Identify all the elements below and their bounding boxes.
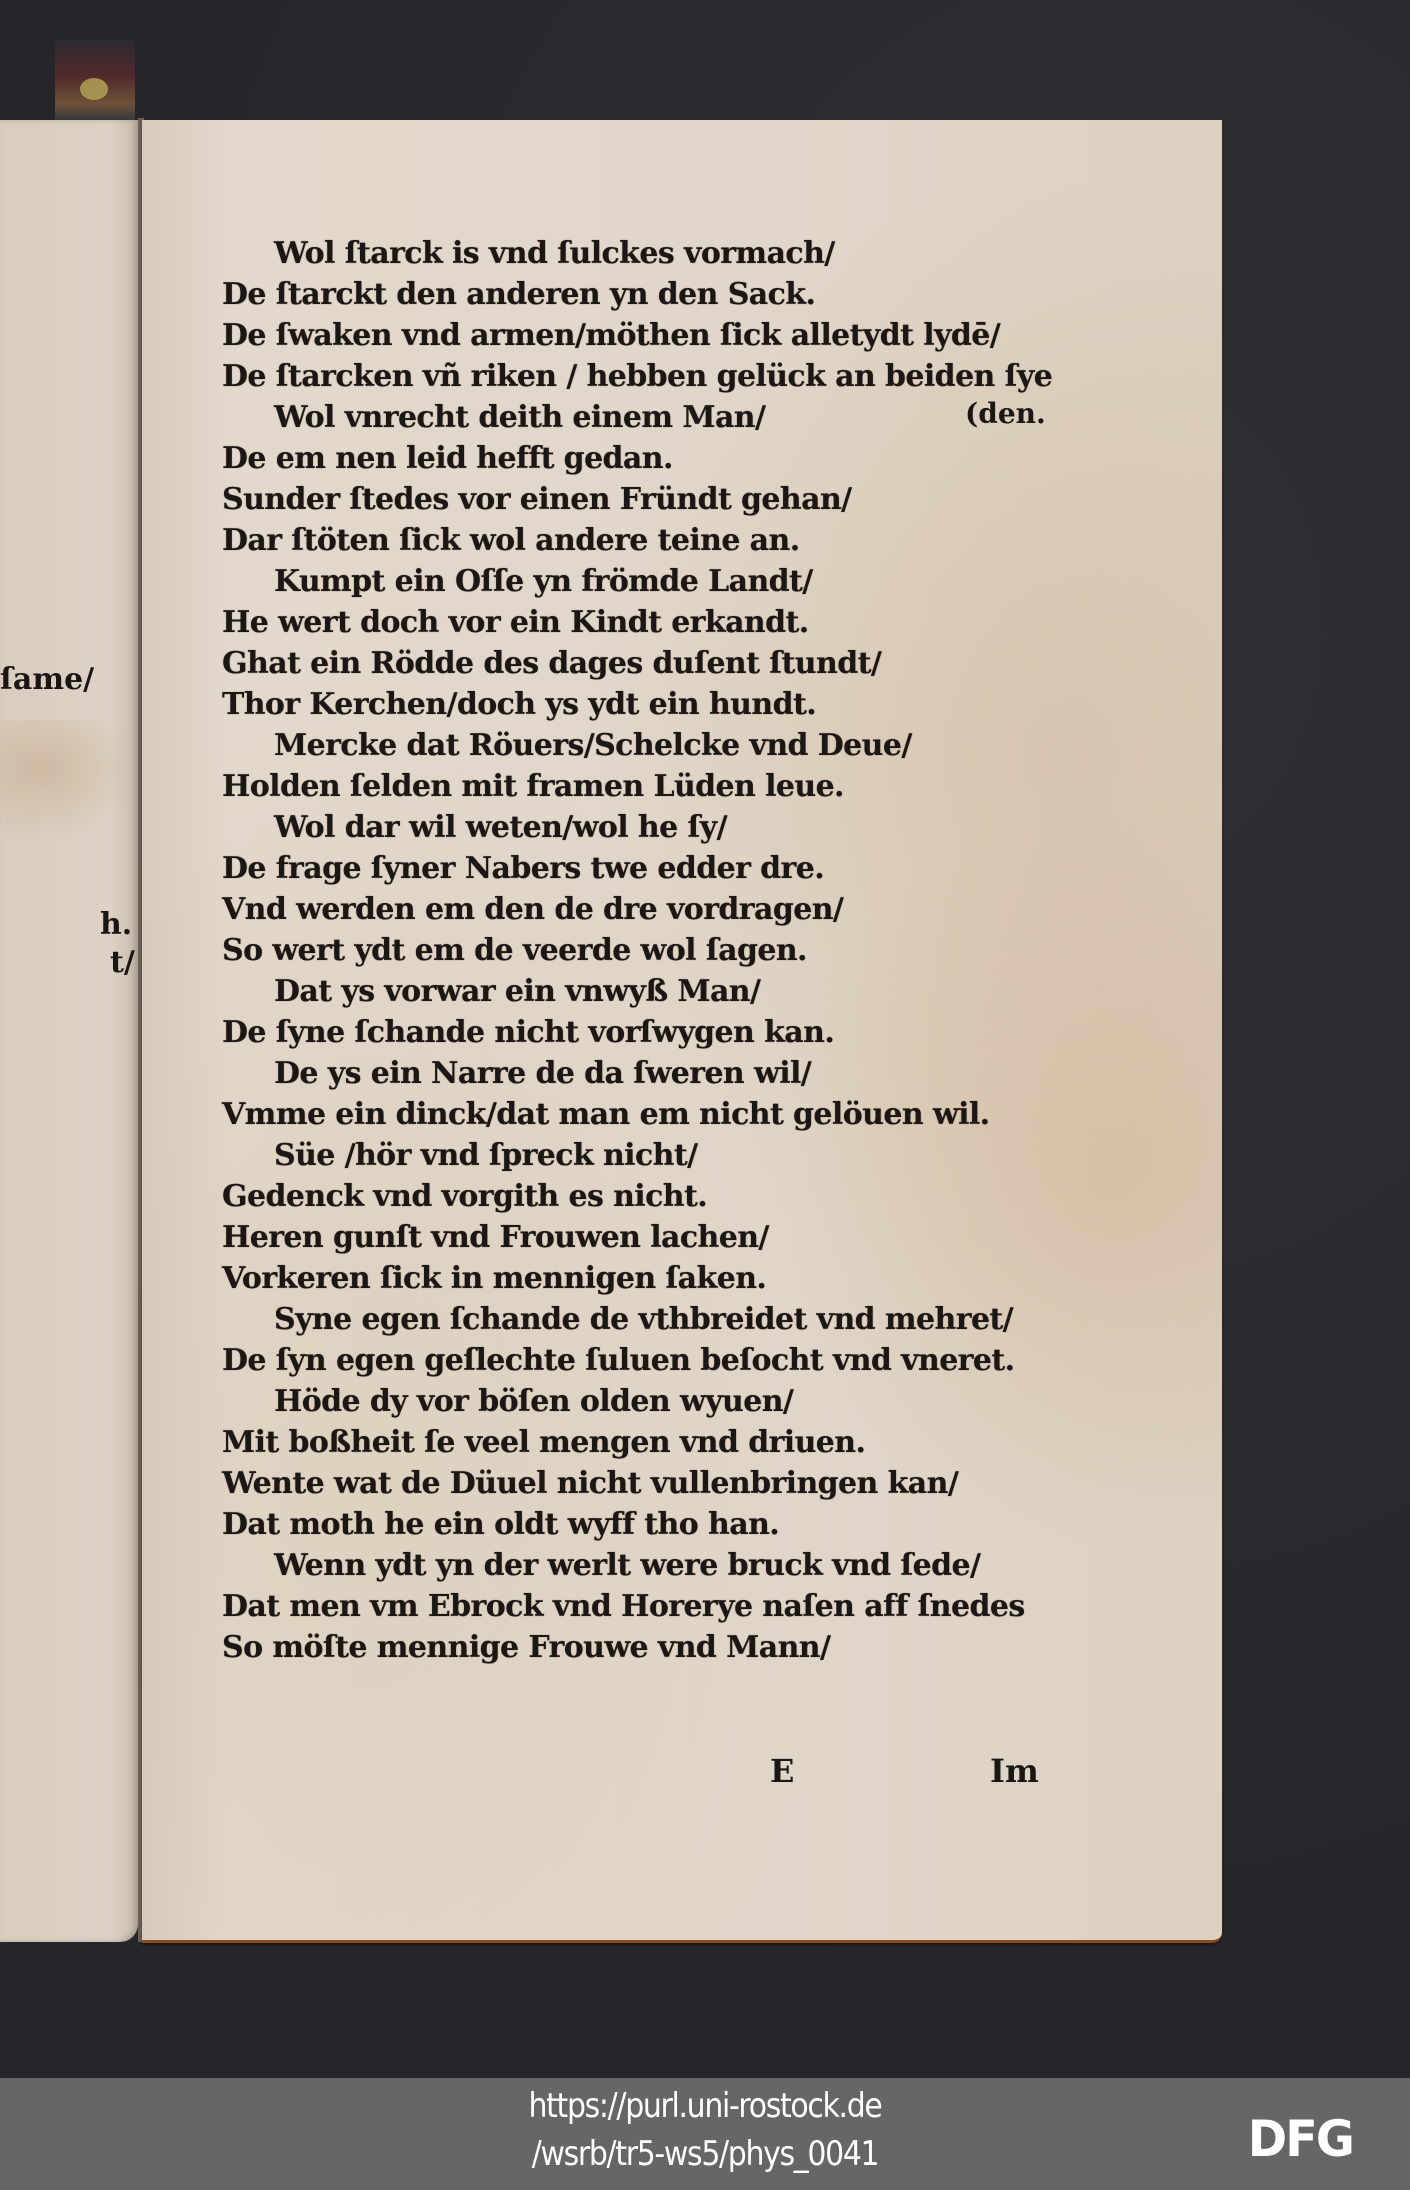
text-line: Sunder ſtedes vor einen Fründt gehan/ bbox=[222, 479, 1122, 520]
text-line: De ſwaken vnd armen/möthen ſick alletydt… bbox=[222, 315, 1122, 356]
text-line: Mercke dat Röuers/Schelcke vnd Deue/ bbox=[222, 725, 1122, 766]
text-line: Höde dy vor böſen olden wyuen/ bbox=[222, 1381, 1122, 1422]
text-line: Mit boßheit ſe veel mengen vnd driuen. bbox=[222, 1422, 1122, 1463]
text-line: Wol dar wil weten/wol he ſy/ bbox=[222, 807, 1122, 848]
signature-mark: E bbox=[770, 1752, 794, 1790]
text-line: Dar ſtöten ſick wol andere teine an. bbox=[222, 520, 1122, 561]
text-line: Wente wat de Düuel nicht vullenbringen k… bbox=[222, 1463, 1122, 1504]
text-line: De ſyn egen geſlechte ſuluen beſocht vnd… bbox=[222, 1340, 1122, 1381]
text-line: Kumpt ein Oſſe yn frömde Landt/ bbox=[222, 561, 1122, 602]
page-text: Wol ſtarck is vnd ſulckes vormach/De ſta… bbox=[222, 233, 1122, 1668]
left-page-fragment: h. bbox=[100, 910, 132, 940]
permalink-line-2[interactable]: /wsrb/tr5-ws5/phys_0041 bbox=[85, 2134, 1326, 2174]
text-line: Gedenck vnd vorgith es nicht. bbox=[222, 1176, 1122, 1217]
text-line: De ſyne ſchande nicht vorſwygen kan. bbox=[222, 1012, 1122, 1053]
text-line: Thor Kerchen/doch ys ydt ein hundt. bbox=[222, 684, 1122, 725]
left-page-fragment: t/ bbox=[110, 948, 135, 978]
text-line: Syne egen ſchande de vthbreidet vnd mehr… bbox=[222, 1299, 1122, 1340]
left-page: ſame/ h. t/ bbox=[0, 120, 138, 1942]
text-line: De ſtarcken vñ riken / hebben gelück an … bbox=[222, 356, 1122, 397]
footer-bar: https://purl.uni-rostock.de /wsrb/tr5-ws… bbox=[0, 2078, 1410, 2190]
text-line: De ſtarckt den anderen yn den Sack. bbox=[222, 274, 1122, 315]
dfg-logo: DFG bbox=[1248, 2110, 1353, 2168]
text-line: Süe /hör vnd ſpreck nicht/ bbox=[222, 1135, 1122, 1176]
text-line: Wol ſtarck is vnd ſulckes vormach/ bbox=[222, 233, 1122, 274]
text-line: Wenn ydt yn der werlt were bruck vnd ſed… bbox=[222, 1545, 1122, 1586]
water-stain bbox=[0, 720, 138, 840]
text-line: Dat men vm Ebrock vnd Horerye naſen aff … bbox=[222, 1586, 1122, 1627]
text-line: So möſte mennige Frouwe vnd Mann/ bbox=[222, 1627, 1122, 1668]
text-line: De frage ſyner Nabers twe edder dre. bbox=[222, 848, 1122, 889]
permalink-line-1[interactable]: https://purl.uni-rostock.de bbox=[85, 2086, 1326, 2126]
book-scan: ſame/ h. t/ Wol ſtarck is vnd ſulckes vo… bbox=[0, 0, 1410, 2078]
text-line: Ghat ein Rödde des dages duſent ſtundt/ bbox=[222, 643, 1122, 684]
text-line: De em nen leid hefft gedan. bbox=[222, 438, 1122, 479]
text-line: So wert ydt em de veerde wol ſagen. bbox=[222, 930, 1122, 971]
text-line: Holden ſelden mit framen Lüden leue. bbox=[222, 766, 1122, 807]
text-line: He wert doch vor ein Kindt erkandt. bbox=[222, 602, 1122, 643]
catchword: Im bbox=[990, 1752, 1039, 1790]
text-line: Vorkeren ſick in mennigen ſaken. bbox=[222, 1258, 1122, 1299]
text-line: Vnd werden em den de dre vordragen/ bbox=[222, 889, 1122, 930]
text-line: Heren gunſt vnd Frouwen lachen/ bbox=[222, 1217, 1122, 1258]
marginal-continuation: (den. bbox=[965, 397, 1046, 430]
left-page-fragment: ſame/ bbox=[0, 665, 94, 695]
text-line: Vmme ein dinck/dat man em nicht gelöuen … bbox=[222, 1094, 1122, 1135]
text-line: Dat moth he ein oldt wyff tho han. bbox=[222, 1504, 1122, 1545]
text-line: Dat ys vorwar ein vnwyß Man/ bbox=[222, 971, 1122, 1012]
text-line: De ys ein Narre de da ſweren wil/ bbox=[222, 1053, 1122, 1094]
binding-knot bbox=[80, 78, 108, 100]
